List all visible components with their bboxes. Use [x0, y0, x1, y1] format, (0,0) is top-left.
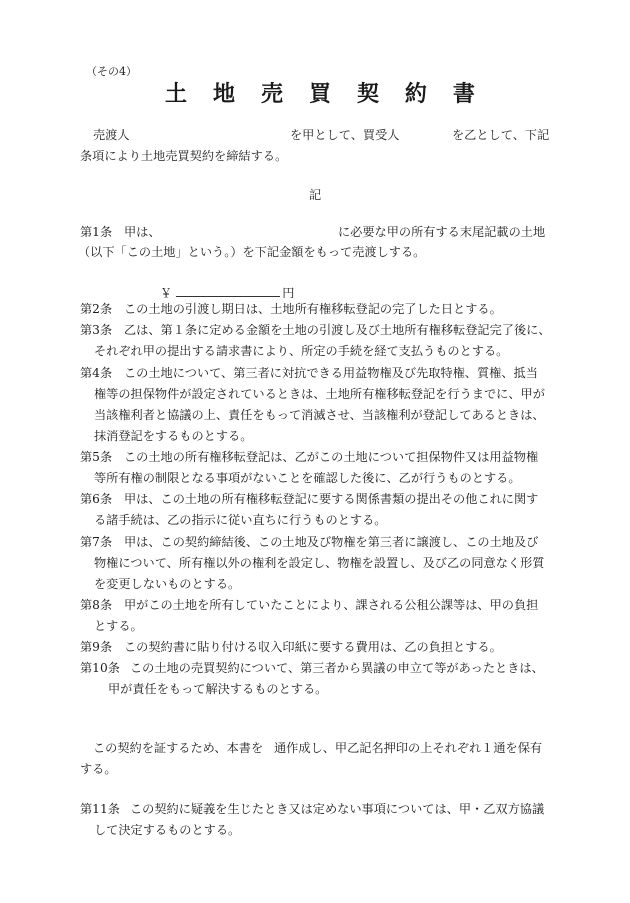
article-number: 第7条 — [80, 535, 124, 549]
title-char: 書 — [453, 81, 475, 107]
article-9: 第9条この契約書に貼り付ける収入印紙に要する費用は、乙の負担とする。 — [80, 640, 502, 654]
document-title: 土 地 売 買 契 約 書 — [165, 81, 475, 107]
article-number: 第8条 — [80, 598, 124, 612]
article-text: 乙は、第１条に定める金額を土地の引渡し及び土地所有権移転登記完了後に、 — [124, 323, 551, 337]
title-char: 売 — [261, 81, 283, 107]
article-5-line-2: 等所有権の制限となる事項がないことを確認した後に、乙が行うものとする。 — [94, 471, 521, 485]
article-1: 第1条甲は、 — [80, 225, 161, 239]
article-number: 第6条 — [80, 492, 124, 506]
article-6: 第6条甲は、この土地の所有権移転登記に要する関係書類の提出その他これに関す — [80, 492, 538, 506]
article-text: 甲は、この土地の所有権移転登記に要する関係書類の提出その他これに関す — [124, 492, 538, 506]
article-text: 甲がこの土地を所有していたことにより、課される公租公課等は、甲の負担 — [124, 598, 538, 612]
article-3: 第3条乙は、第１条に定める金額を土地の引渡し及び土地所有権移転登記完了後に、 — [80, 323, 551, 337]
form-number-label: （その4） — [86, 65, 137, 79]
article-8-line-2: とする。 — [94, 619, 143, 633]
article-text: この土地の引渡し期日は、土地所有権移転登記の完了した日とする。 — [124, 302, 502, 316]
preamble-line-2: 条項により土地売買契約を締結する。 — [80, 149, 287, 163]
article-text: この土地の所有権移転登記は、乙がこの土地について担保物件又は用益物権 — [124, 450, 538, 464]
article-number: 第3条 — [80, 323, 124, 337]
contract-page: （その4） 土 地 売 買 契 約 書 売渡人 を甲として、買受人 を乙として、… — [0, 0, 630, 903]
closing-line-1b: 通作成し、甲乙記名押印の上それぞれ１通を保有 — [274, 741, 542, 755]
article-text: この土地について、第三者に対抗できる用益物権及び先取特権、質権、抵当 — [124, 366, 538, 380]
article-number: 第10条 — [80, 661, 130, 675]
article-text: この契約に疑義を生じたとき又は定めない事項については、甲・乙双方協議 — [130, 802, 544, 816]
article-2: 第2条この土地の引渡し期日は、土地所有権移転登記の完了した日とする。 — [80, 302, 502, 316]
article-1-line-2: （以下「この土地」という。）を下記金額をもって売渡しする。 — [78, 245, 425, 259]
title-char: 土 — [165, 81, 187, 107]
closing-line-2: する。 — [80, 762, 117, 776]
amount-blank-field — [176, 284, 280, 297]
closing-line-1a: この契約を証するため、本書を — [93, 741, 263, 755]
article-11: 第11条この契約に疑義を生じたとき又は定めない事項については、甲・乙双方協議 — [80, 802, 544, 816]
article-number: 第9条 — [80, 640, 124, 654]
article-8: 第8条甲がこの土地を所有していたことにより、課される公租公課等は、甲の負担 — [80, 598, 538, 612]
article-10: 第10条この土地の売買契約について、第三者から異議の申立て等があったときは、 — [80, 661, 544, 675]
ki-heading: 記 — [309, 188, 321, 202]
article-number: 第5条 — [80, 450, 124, 464]
title-char: 契 — [357, 81, 379, 107]
article-number: 第2条 — [80, 302, 124, 316]
article-5: 第5条この土地の所有権移転登記は、乙がこの土地について担保物件又は用益物権 — [80, 450, 538, 464]
yen-symbol: ￥ — [160, 286, 172, 300]
yen-unit: 円 — [282, 286, 294, 300]
article-text: この契約書に貼り付ける収入印紙に要する費用は、乙の負担とする。 — [124, 640, 502, 654]
title-char: 買 — [309, 81, 331, 107]
article-number: 第1条 — [80, 225, 124, 239]
article-3-line-2: それぞれ甲の提出する請求書により、所定の手続を経て支払うものとする。 — [94, 344, 508, 358]
article-7-line-2: 物権について、所有権以外の権利を設定し、物権を設置し、及び乙の同意なく形質 — [94, 556, 544, 570]
article-text: この土地の売買契約について、第三者から異議の申立て等があったときは、 — [130, 661, 544, 675]
title-char: 地 — [213, 81, 235, 107]
article-1-text-b: に必要な甲の所有する末尾記載の土地 — [338, 225, 545, 239]
article-7-line-3: を変更しないものとする。 — [94, 577, 240, 591]
article-6-line-2: る諸手続は、乙の指示に従い直ちに行うものとする。 — [94, 513, 387, 527]
article-text: 甲は、この契約締結後、この土地及び物権を第三者に譲渡し、この土地及び — [124, 535, 538, 549]
title-char: 約 — [405, 81, 427, 107]
preamble-seller-label: 売渡人 — [93, 128, 130, 142]
article-4-line-4: 抹消登記をするものとする。 — [94, 429, 252, 443]
article-text: 甲は、 — [124, 225, 161, 239]
article-4-line-2: 権等の担保物件が設定されているときは、土地所有権移転登記を行うまでに、甲が — [94, 387, 545, 401]
article-11-line-2: して決定するものとする。 — [94, 823, 240, 837]
amount-line: ￥円 — [160, 284, 294, 300]
article-number: 第11条 — [80, 802, 130, 816]
article-10-line-2: 甲が責任をもって解決するものとする。 — [108, 682, 327, 696]
article-number: 第4条 — [80, 366, 124, 380]
article-4: 第4条この土地について、第三者に対抗できる用益物権及び先取特権、質権、抵当 — [80, 366, 538, 380]
article-7: 第7条甲は、この契約締結後、この土地及び物権を第三者に譲渡し、この土地及び — [80, 535, 538, 549]
preamble-end-text: を乙として、下記 — [452, 128, 549, 142]
article-4-line-3: 当該権利者と協議の上、責任をもって消滅させ、当該権利が登記してあるときは、 — [94, 408, 545, 422]
preamble-buyer-text: を甲として、買受人 — [290, 128, 399, 142]
